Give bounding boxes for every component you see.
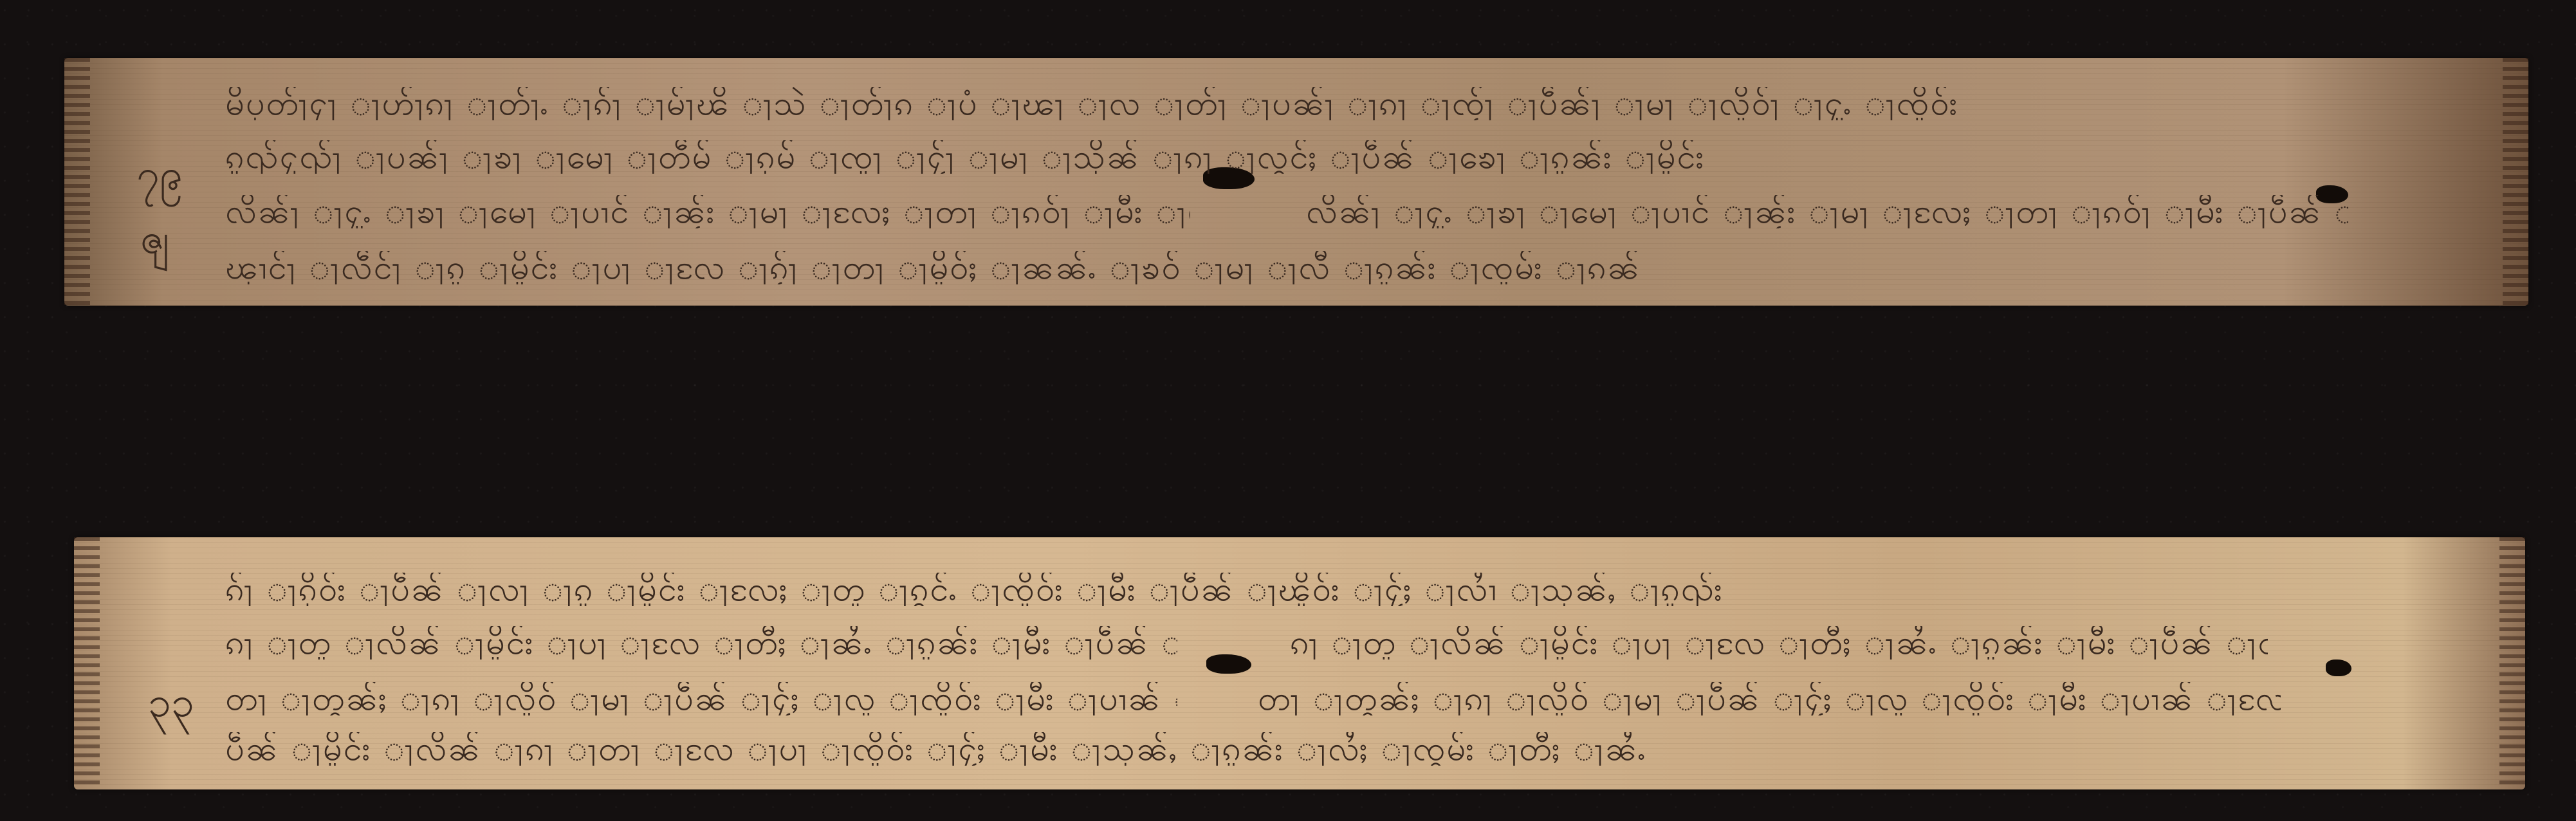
manuscript-line-3b: တႃ ႃတွၼ်ႈ ႃၵႃ ႃလိူဝ် ႃမႃ ႃပဵၼ် ႃႁႂ်ႈ ႃလူ… [1258,682,2281,715]
manuscript-line-4: ၾၢင်ႃ ႃလဵင်ႃ ႃၵူ ႃမိူင်း ႃပႃ ႃလႄ ႃၵႂ်ႃ ႃ… [225,251,2400,284]
frayed-edge-right [2503,58,2528,306]
leaf-number-secondary: ၛ [140,219,169,260]
string-hole-left [1206,654,1251,674]
manuscript-line-2: ၵူၺ်ႁုၺ်ႃ ႃပၼ်ႃ ႃၶႃ ႃမေႃ ႃတဵမ် ႃၵုမ် ႃၸူ… [225,140,2348,174]
frayed-edge-left [74,537,100,789]
frayed-edge-right [2499,537,2525,789]
frayed-edge-left [64,58,90,306]
manuscript-line-2b: ၵႃ ႃတူ ႃလိၼ် ႃမိူင်း ႃပႃ ႃလႄ ႃတီႈ ႃၼႆႉ ႃ… [1290,626,2268,660]
manuscript-line-2a: ၵႃ ႃတူ ႃလိၼ် ႃမိူင်း ႃပႃ ႃလႄ ႃတီႈ ႃၼႆႉ ႃ… [225,626,1177,660]
string-hole-right [2326,660,2351,676]
palm-leaf-bottom: ၃၃ ၵ်ႃ ႃၵိုဝ်း ႃပဵၼ် ႃလႃ ႃၵူ ႃမိူင်း ႃလႄ… [74,537,2525,789]
manuscript-line-3a: လိၼ်ႃ ႃႁူႉ ႃၶႃ ႃမေႃ ႃပၢင် ႃၼႂ်း ႃမႃ ႃလႄႈ… [225,195,1190,228]
leaf-number: ၇၉ [136,154,183,196]
manuscript-line-1: မိပုတ်ႃႁႃ ႃဟ်ႃၵႃ ႃတ်ႃႉ ႃၵ်ႃ ႃမ်ႃၽိ ႃသဲ ႃ… [225,87,2348,120]
manuscript-line-1: ၵ်ႃ ႃၵိုဝ်း ႃပဵၼ် ႃလႃ ႃၵူ ႃမိူင်း ႃလႄႈ ႃ… [225,573,2400,606]
manuscript-line-3a: တႃ ႃတွၼ်ႈ ႃၵႃ ႃလိူဝ် ႃမႃ ႃပဵၼ် ႃႁႂ်ႈ ႃလူ… [225,682,1177,715]
manuscript-line-4: ပဵၼ် ႃမိူင်း ႃလိၼ် ႃၵႃ ႃတႃ ႃလႄ ႃပႃ ႃၸိူဝ… [225,732,2400,766]
leaf-number: ၃၃ [148,682,194,723]
manuscript-line-3b: လိၼ်ႃ ႃႁူႉ ႃၶႃ ႃမေႃ ႃပၢင် ႃၼႂ်း ႃမႃ ႃလႄႈ… [1306,195,2348,228]
palm-leaf-top: ၇၉ ၛ မိပုတ်ႃႁႃ ႃဟ်ႃၵႃ ႃတ်ႃႉ ႃၵ်ႃ ႃမ်ႃၽိ … [64,58,2528,306]
